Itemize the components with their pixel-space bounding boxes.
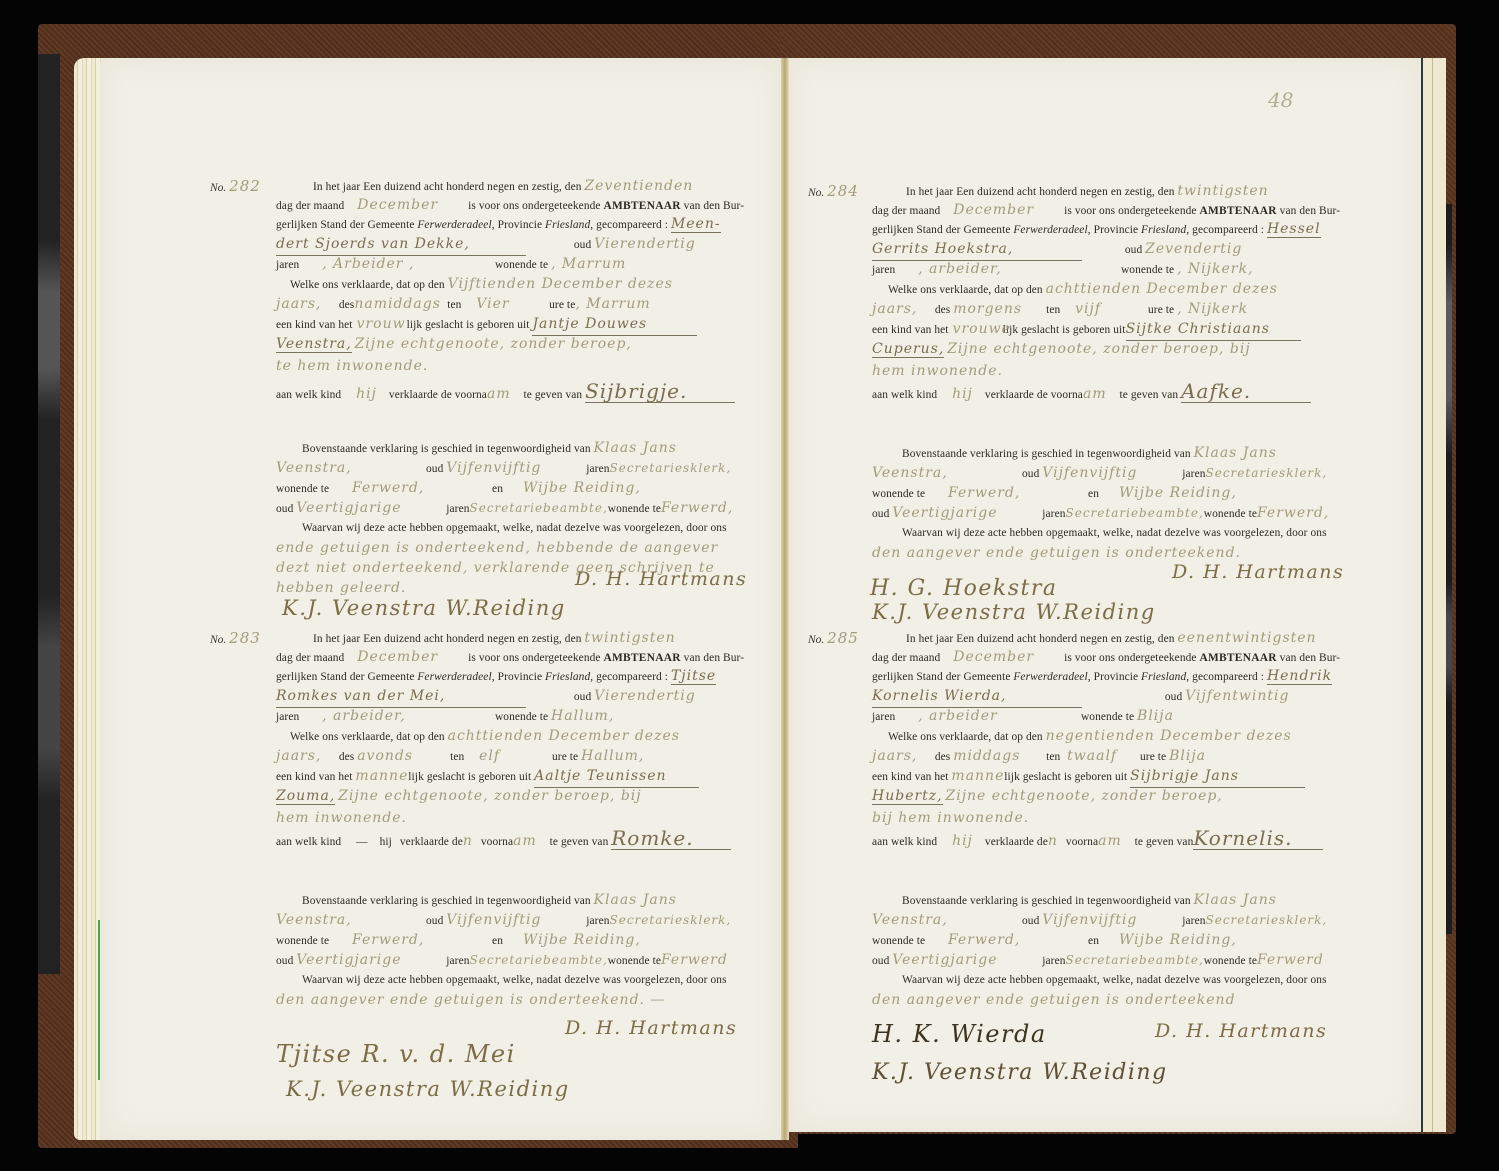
printed-text: ten — [1046, 751, 1060, 763]
printed-text: dag der maand — [276, 652, 344, 664]
printed-text: wonende te — [872, 488, 925, 500]
printed-text: jaren — [1182, 915, 1205, 927]
printed-text: ure te — [549, 299, 575, 311]
printed-text: verklaarde de — [985, 836, 1048, 848]
handwritten-entry: Hendrik — [1267, 668, 1332, 685]
handwritten-entry: Hubertz, — [872, 788, 943, 805]
handwritten-entry: bij hem inwonende. — [872, 810, 1029, 826]
printed-text: oud — [426, 463, 443, 475]
handwritten-entry: am — [487, 386, 511, 402]
form-line: Veenstra, Zijne echtgenoote, zonder bero… — [276, 333, 632, 356]
form-line: Zouma, Zijne echtgenoote, zonder beroep,… — [276, 785, 642, 808]
printed-text: gerlijken Stand der Gemeente — [276, 219, 415, 231]
handwritten-entry: Hessel — [1267, 221, 1321, 238]
handwritten-entry: Hallum, — [581, 748, 644, 764]
printed-text: jaren — [446, 503, 469, 515]
printed-text: een kind van het — [276, 319, 353, 331]
printed-text: wonende te — [276, 483, 329, 495]
form-line: aan welk kind hijverklaarde de voornaam … — [872, 380, 1311, 406]
signature-official: D. H. Hartmans — [1155, 1020, 1327, 1042]
printed-text: dag der maand — [276, 200, 344, 212]
printed-text: — — [356, 836, 368, 848]
printed-text: jaren — [446, 955, 469, 967]
handwritten-entry: namiddags — [354, 293, 444, 315]
printed-text: te geven van — [523, 389, 582, 401]
printed-text: jaren — [872, 264, 895, 276]
form-line: den aangever ende getuigen is onderteeke… — [872, 989, 1236, 1012]
handwritten-entry: te hem inwonende. — [276, 358, 428, 374]
handwritten-entry: ende getuigen is onderteekend, hebbende … — [276, 540, 718, 556]
handwritten-entry: 282 — [229, 177, 261, 195]
birth-record-285: No. 285 In het jaar Een duizend acht hon… — [808, 627, 1368, 1007]
handwritten-entry: twintigsten — [584, 630, 675, 646]
handwritten-entry: Secretariesklerk, — [1206, 913, 1328, 927]
handwritten-entry: Veenstra, — [276, 336, 352, 353]
printed-text: Bovenstaande verklaring is geschied in t… — [902, 448, 1191, 460]
handwritten-entry: vijf — [1075, 298, 1145, 320]
form-line: No. 285 — [808, 627, 859, 651]
printed-text: oud — [574, 239, 591, 251]
signature-official: D. H. Hartmans — [1172, 561, 1344, 583]
form-line: Waarvan wij deze acte hebben opgemaakt, … — [902, 969, 1327, 991]
printed-text: Waarvan wij deze acte hebben opgemaakt, … — [302, 522, 727, 534]
printed-text: voorna — [455, 389, 487, 401]
printed-text: lijk geslacht is geboren uit — [1003, 324, 1126, 336]
handwritten-entry: , Marrum — [575, 296, 650, 312]
handwritten-entry: Wijbe Reiding, — [523, 480, 641, 496]
printed-text: AMBTENAAR — [1199, 652, 1276, 664]
handwritten-entry: , Nijkerk, — [1177, 261, 1253, 277]
printed-text: des — [935, 751, 950, 763]
page-stack-right — [1418, 58, 1446, 1132]
printed-text: Ferwerderadeel — [1013, 671, 1087, 683]
handwritten-entry: avonds — [357, 745, 447, 767]
handwritten-entry: Ferwerd, — [352, 929, 492, 951]
handwritten-entry: Wijbe Reiding, — [1119, 932, 1237, 948]
printed-text: Ferwerderadeel — [417, 219, 491, 231]
printed-text: Waarvan wij deze acte hebben opgemaakt, … — [902, 974, 1327, 986]
handwritten-entry: , arbeider, — [918, 258, 1118, 280]
handwritten-entry: Romke. — [611, 827, 731, 850]
handwritten-entry: jaars, — [872, 298, 932, 320]
printed-text: des — [339, 299, 354, 311]
handwritten-entry: Secretariesklerk, — [610, 913, 732, 927]
handwritten-entry: negentienden December dezes — [1046, 728, 1292, 744]
form-line: Cuperus, Zijne echtgenoote, zonder beroe… — [872, 338, 1251, 361]
handwritten-entry: n — [463, 833, 473, 849]
handwritten-entry: achttienden December dezes — [448, 728, 680, 744]
printed-text: In het jaar Een duizend acht honderd neg… — [313, 633, 582, 645]
printed-text: des — [339, 751, 354, 763]
handwritten-entry: Ferwerd, — [352, 477, 492, 499]
handwritten-entry: hij — [952, 386, 973, 402]
printed-text: lijk geslacht is geboren uit — [408, 771, 531, 783]
handwritten-entry: morgens — [953, 298, 1043, 320]
printed-text: wonende te — [608, 503, 661, 515]
birth-record-284: No. 284 In het jaar Een duizend acht hon… — [808, 180, 1368, 580]
printed-text: gerlijken Stand der Gemeente — [872, 671, 1011, 683]
handwritten-entry: Veertigjarige — [892, 949, 1042, 971]
form-line: te hem inwonende. — [276, 355, 428, 378]
handwritten-entry: Veenstra, — [872, 462, 1022, 484]
printed-text: jaren — [276, 259, 299, 271]
form-line: No. 283 — [210, 627, 261, 651]
handwritten-entry: n — [1048, 833, 1058, 849]
handwritten-entry: Wijbe Reiding, — [1119, 485, 1237, 501]
book-gutter — [781, 58, 789, 1140]
handwritten-entry: Secretariebeambte, — [1066, 953, 1204, 967]
handwritten-entry: hem inwonende. — [276, 810, 407, 826]
handwritten-entry: Zijne echtgenoote, zonder beroep, bij — [338, 788, 642, 804]
printed-text: jaren — [1182, 468, 1205, 480]
printed-text: wonende te — [872, 935, 925, 947]
handwritten-entry: Vijfenvijftig — [446, 457, 586, 479]
printed-text: voorna — [1051, 389, 1083, 401]
printed-text: ure te — [1148, 304, 1174, 316]
printed-text: oud — [1165, 691, 1182, 703]
handwritten-entry: Aafke. — [1181, 380, 1311, 403]
printed-text: hij — [380, 836, 392, 848]
printed-text: AMBTENAAR — [603, 652, 680, 664]
handwritten-entry: , arbeider, — [322, 705, 492, 727]
printed-text: wonende te — [608, 955, 661, 967]
printed-text: jaren — [1042, 508, 1065, 520]
handwritten-entry: Klaas Jans — [1194, 445, 1277, 461]
printed-text: Welke ons verklaarde, dat op den — [290, 279, 445, 291]
handwritten-entry: den aangever ende getuigen is onderteeke… — [276, 992, 665, 1008]
printed-text: In het jaar Een duizend acht honderd neg… — [313, 181, 582, 193]
handwritten-entry: jaars, — [276, 293, 336, 315]
printed-text: een kind van het — [276, 771, 353, 783]
handwritten-entry: , Nijkerk — [1177, 301, 1248, 317]
handwritten-entry: Zijne echtgenoote, zonder beroep, bij — [947, 341, 1251, 357]
handwritten-entry: twaalf — [1067, 745, 1137, 767]
handwritten-entry: manne — [355, 765, 405, 787]
signature-declarant: H. K. Wierda — [872, 1020, 1047, 1048]
printed-text: Bovenstaande verklaring is geschied in t… — [302, 895, 591, 907]
printed-text: In het jaar Een duizend acht honderd neg… — [906, 633, 1175, 645]
handwritten-entry: middags — [953, 745, 1043, 767]
printed-text: In het jaar Een duizend acht honderd neg… — [906, 186, 1175, 198]
printed-text: gerlijken Stand der Gemeente — [276, 671, 415, 683]
handwritten-entry: Ferwerd, — [1257, 505, 1329, 521]
printed-text: voorna — [481, 836, 513, 848]
handwritten-entry: jaars, — [872, 745, 932, 767]
birth-record-282: No. 282 In het jaar Een duizend acht hon… — [210, 175, 770, 615]
handwritten-entry: Vijfentwintig — [1185, 688, 1289, 704]
handwritten-entry: den aangever ende getuigen is onderteeke… — [872, 992, 1236, 1008]
handwritten-entry: Veertigjarige — [892, 502, 1042, 524]
printed-text: een kind van het — [872, 771, 949, 783]
printed-text: dag der maand — [872, 652, 940, 664]
printed-text: is voor ons ondergeteekende — [468, 652, 601, 664]
handwritten-entry: Cuperus, — [872, 341, 944, 358]
handwritten-entry: Zijne echtgenoote, zonder beroep, — [945, 788, 1222, 804]
printed-text: Welke ons verklaarde, dat op den — [888, 731, 1043, 743]
printed-text: van den Bur- — [684, 652, 744, 664]
printed-text: jaren — [872, 711, 895, 723]
signature-witnesses: K.J. Veenstra W.Reiding — [872, 600, 1156, 624]
printed-text: aan welk kind — [276, 389, 341, 401]
signature-witnesses: K.J. Veenstra W.Reiding — [282, 596, 566, 620]
form-line: Hubertz, Zijne echtgenoote, zonder beroe… — [872, 785, 1223, 808]
handwritten-entry: am — [513, 833, 537, 849]
printed-text: is voor ons ondergeteekende — [468, 200, 601, 212]
handwritten-entry: Vijfenvijftig — [446, 909, 586, 931]
printed-text: ten — [1046, 304, 1060, 316]
handwritten-entry: Secretariebeambte, — [470, 953, 608, 967]
printed-text: te geven van — [550, 836, 609, 848]
handwritten-entry: Klaas Jans — [594, 440, 677, 456]
handwritten-entry: Veertigjarige — [296, 949, 446, 971]
handwritten-entry: Veenstra, — [276, 909, 426, 931]
printed-text: oud — [276, 503, 293, 515]
record-number: No. 282 — [210, 175, 261, 199]
handwritten-entry: vrouwe — [953, 318, 1003, 340]
printed-text: van den Bur- — [1280, 205, 1340, 217]
signature-declarant: H. G. Hoekstra — [870, 576, 1058, 601]
signature-witnesses: K.J. Veenstra W.Reiding — [872, 1060, 1168, 1085]
handwritten-entry: Veenstra, — [276, 457, 426, 479]
printed-text: oud — [1022, 468, 1039, 480]
printed-text: aan welk kind — [872, 389, 937, 401]
handwritten-entry: Zevendertig — [1145, 241, 1242, 257]
handwritten-entry: December — [953, 649, 1034, 665]
printed-text: wonende te — [1121, 264, 1174, 276]
form-line: Waarvan wij deze acte hebben opgemaakt, … — [902, 522, 1327, 544]
printed-text: wonende te — [1204, 955, 1257, 967]
printed-text: gerlijken Stand der Gemeente — [872, 224, 1011, 236]
folio-number: 48 — [1268, 88, 1293, 112]
printed-text: wonende te — [1081, 711, 1134, 723]
form-line: den aangever ende getuigen is onderteeke… — [276, 989, 665, 1012]
form-line: aan welk kind hijverklaarde de voornaam … — [276, 380, 735, 406]
handwritten-entry: Ferwerd, — [948, 929, 1088, 951]
printed-text: een kind van het — [872, 324, 949, 336]
handwritten-entry: den aangever ende getuigen is onderteeke… — [872, 545, 1241, 561]
handwritten-entry: Blija — [1137, 708, 1174, 724]
printed-text: lijk geslacht is geboren uit — [407, 319, 530, 331]
printed-text: en — [1088, 488, 1099, 500]
printed-text: , gecompareerd : — [590, 671, 668, 683]
handwritten-entry: elf — [479, 745, 549, 767]
form-line: aan welk kind hijverklaarde denvoornaam … — [872, 827, 1323, 853]
signature-declarant: Tjitse R. v. d. Mei — [276, 1040, 516, 1068]
printed-text: , Provincie — [492, 671, 542, 683]
handwritten-entry: Klaas Jans — [1194, 892, 1277, 908]
month-field: December — [357, 197, 438, 213]
handwritten-entry: Zijne echtgenoote, zonder beroep, — [355, 336, 632, 352]
form-line: Waarvan wij deze acte hebben opgemaakt, … — [302, 969, 727, 991]
printed-text: AMBTENAAR — [1199, 205, 1276, 217]
handwritten-entry: 284 — [827, 182, 859, 200]
printed-text: ure te — [1140, 751, 1166, 763]
printed-text: voorna — [1066, 836, 1098, 848]
printed-text: , gecompareerd : — [1186, 671, 1264, 683]
printed-text: Friesland — [545, 671, 590, 683]
handwritten-entry: December — [953, 202, 1034, 218]
printed-text: wonende te — [495, 259, 548, 271]
handwritten-entry: Veenstra, — [872, 909, 1022, 931]
form-line: aan welk kind —hijverklaarde denvoornaam… — [276, 827, 731, 853]
handwritten-entry: hebben geleerd. — [276, 580, 406, 596]
printed-text: wonende te — [495, 711, 548, 723]
printed-text: is voor ons ondergeteekende — [1064, 205, 1197, 217]
signature-official: D. H. Hartmans — [565, 1017, 737, 1039]
printed-text: en — [1088, 935, 1099, 947]
printed-text: Welke ons verklaarde, dat op den — [290, 731, 445, 743]
handwritten-entry: 283 — [229, 629, 261, 647]
handwritten-entry: vrouw — [357, 313, 407, 335]
handwritten-entry: Ferwerd — [1257, 952, 1324, 968]
handwritten-entry: Wijbe Reiding, — [523, 932, 641, 948]
declarant-field: Meen- — [671, 216, 721, 233]
printed-text: oud — [276, 955, 293, 967]
printed-text: des — [935, 304, 950, 316]
signature-witnesses: K.J. Veenstra W.Reiding — [286, 1077, 570, 1101]
printed-text: Friesland — [1141, 224, 1186, 236]
printed-text: jaren — [276, 711, 299, 723]
handwritten-entry: am — [1098, 833, 1122, 849]
handwritten-entry: 285 — [827, 629, 859, 647]
printed-text: , Provincie — [1088, 671, 1138, 683]
printed-text: Waarvan wij deze acte hebben opgemaakt, … — [902, 527, 1327, 539]
child-name-field: Sijbrigje. — [585, 380, 735, 403]
handwritten-entry: Secretariesklerk, — [610, 461, 732, 475]
printed-text: wonende te — [276, 935, 329, 947]
handwritten-entry: Ferwerd, — [948, 482, 1088, 504]
handwritten-entry: am — [1083, 386, 1107, 402]
printed-text: jaren — [1042, 955, 1065, 967]
handwritten-entry: hij — [952, 833, 973, 849]
printed-text: oud — [872, 508, 889, 520]
printed-text: Waarvan wij deze acte hebben opgemaakt, … — [302, 974, 727, 986]
printed-text: aan welk kind — [276, 836, 341, 848]
printed-text: verklaarde de — [985, 389, 1048, 401]
handwritten-entry: Vijftienden December dezes — [448, 276, 673, 292]
handwritten-entry: Zouma, — [276, 788, 335, 805]
printed-text: oud — [1022, 915, 1039, 927]
signature-official: D. H. Hartmans — [575, 568, 747, 590]
printed-text: dag der maand — [872, 205, 940, 217]
handwritten-entry: Tjitse — [671, 668, 716, 685]
printed-text: aan welk kind — [872, 836, 937, 848]
printed-text: wonende te — [1204, 508, 1257, 520]
printed-text: ure te — [552, 751, 578, 763]
printed-text: van den Bur- — [1280, 652, 1340, 664]
handwritten-entry: Vierendertig — [594, 236, 696, 252]
printed-text: van den Bur- — [684, 200, 744, 212]
printed-text: ten — [447, 299, 461, 311]
handwritten-entry: Vier — [476, 293, 546, 315]
printed-text: oud — [1125, 244, 1142, 256]
handwritten-entry: , Arbeider , — [322, 253, 492, 275]
handwritten-entry: Blija — [1169, 748, 1206, 764]
printed-text: te geven van — [1135, 836, 1194, 848]
handwritten-entry: twintigsten — [1177, 183, 1268, 199]
printed-text: , Provincie — [1088, 224, 1138, 236]
printed-text: lijk geslacht is geboren uit — [1004, 771, 1127, 783]
handwritten-entry: Hallum, — [551, 708, 614, 724]
printed-text: Bovenstaande verklaring is geschied in t… — [902, 895, 1191, 907]
printed-text: Ferwerderadeel — [417, 671, 491, 683]
handwritten-entry: , arbeider — [918, 705, 1078, 727]
printed-text: oud — [872, 955, 889, 967]
handwritten-entry: Klaas Jans — [594, 892, 677, 908]
printed-text: Ferwerderadeel — [1013, 224, 1087, 236]
handwritten-entry: Secretariebeambte, — [1066, 506, 1204, 520]
printed-text: AMBTENAAR — [603, 200, 680, 212]
handwritten-entry: Vierendertig — [594, 688, 696, 704]
handwritten-entry: Secretariebeambte, — [470, 501, 608, 515]
printed-text: verklaarde de — [389, 389, 452, 401]
form-line: No. 284 — [808, 180, 859, 204]
printed-text: Bovenstaande verklaring is geschied in t… — [302, 443, 591, 455]
handwritten-entry: December — [357, 649, 438, 665]
day-field: Zeventienden — [584, 178, 693, 194]
handwritten-entry: eenentwintigsten — [1177, 630, 1316, 646]
handwritten-entry: hem inwonende. — [872, 363, 1003, 379]
printed-text: verklaarde de — [400, 836, 463, 848]
printed-text: , gecompareerd : — [1186, 224, 1264, 236]
handwritten-entry: achttienden December dezes — [1046, 281, 1278, 297]
printed-text: oud — [574, 691, 591, 703]
handwritten-entry: Kornelis. — [1193, 827, 1323, 850]
printed-text: jaren — [586, 915, 609, 927]
printed-text: te geven van — [1119, 389, 1178, 401]
printed-text: Friesland — [545, 219, 590, 231]
printed-text: oud — [426, 915, 443, 927]
handwritten-entry: hij — [356, 386, 377, 402]
birth-record-283: No. 283 In het jaar Een duizend acht hon… — [210, 627, 770, 1007]
handwritten-entry: Vijfenvijftig — [1042, 462, 1182, 484]
printed-text: is voor ons ondergeteekende — [1064, 652, 1197, 664]
handwritten-entry: Vijfenvijftig — [1042, 909, 1182, 931]
handwritten-entry: Ferwerd, — [661, 500, 733, 516]
handwritten-entry: Veertigjarige — [296, 497, 446, 519]
handwritten-entry: manne — [951, 765, 1001, 787]
printed-text: ten — [450, 751, 464, 763]
printed-text: Friesland — [1141, 671, 1186, 683]
printed-text: en — [492, 483, 503, 495]
handwritten-entry: , Marrum — [551, 256, 626, 272]
printed-text: en — [492, 935, 503, 947]
handwritten-entry: Secretariesklerk, — [1206, 466, 1328, 480]
printed-text: , gecompareerd : — [590, 219, 668, 231]
printed-text: jaren — [586, 463, 609, 475]
marbled-board — [38, 54, 60, 974]
handwritten-entry: Ferwerd — [661, 952, 728, 968]
printed-text: Welke ons verklaarde, dat op den — [888, 284, 1043, 296]
printed-text: , Provincie — [492, 219, 542, 231]
handwritten-entry: jaars, — [276, 745, 336, 767]
form-line: Waarvan wij deze acte hebben opgemaakt, … — [302, 517, 727, 539]
